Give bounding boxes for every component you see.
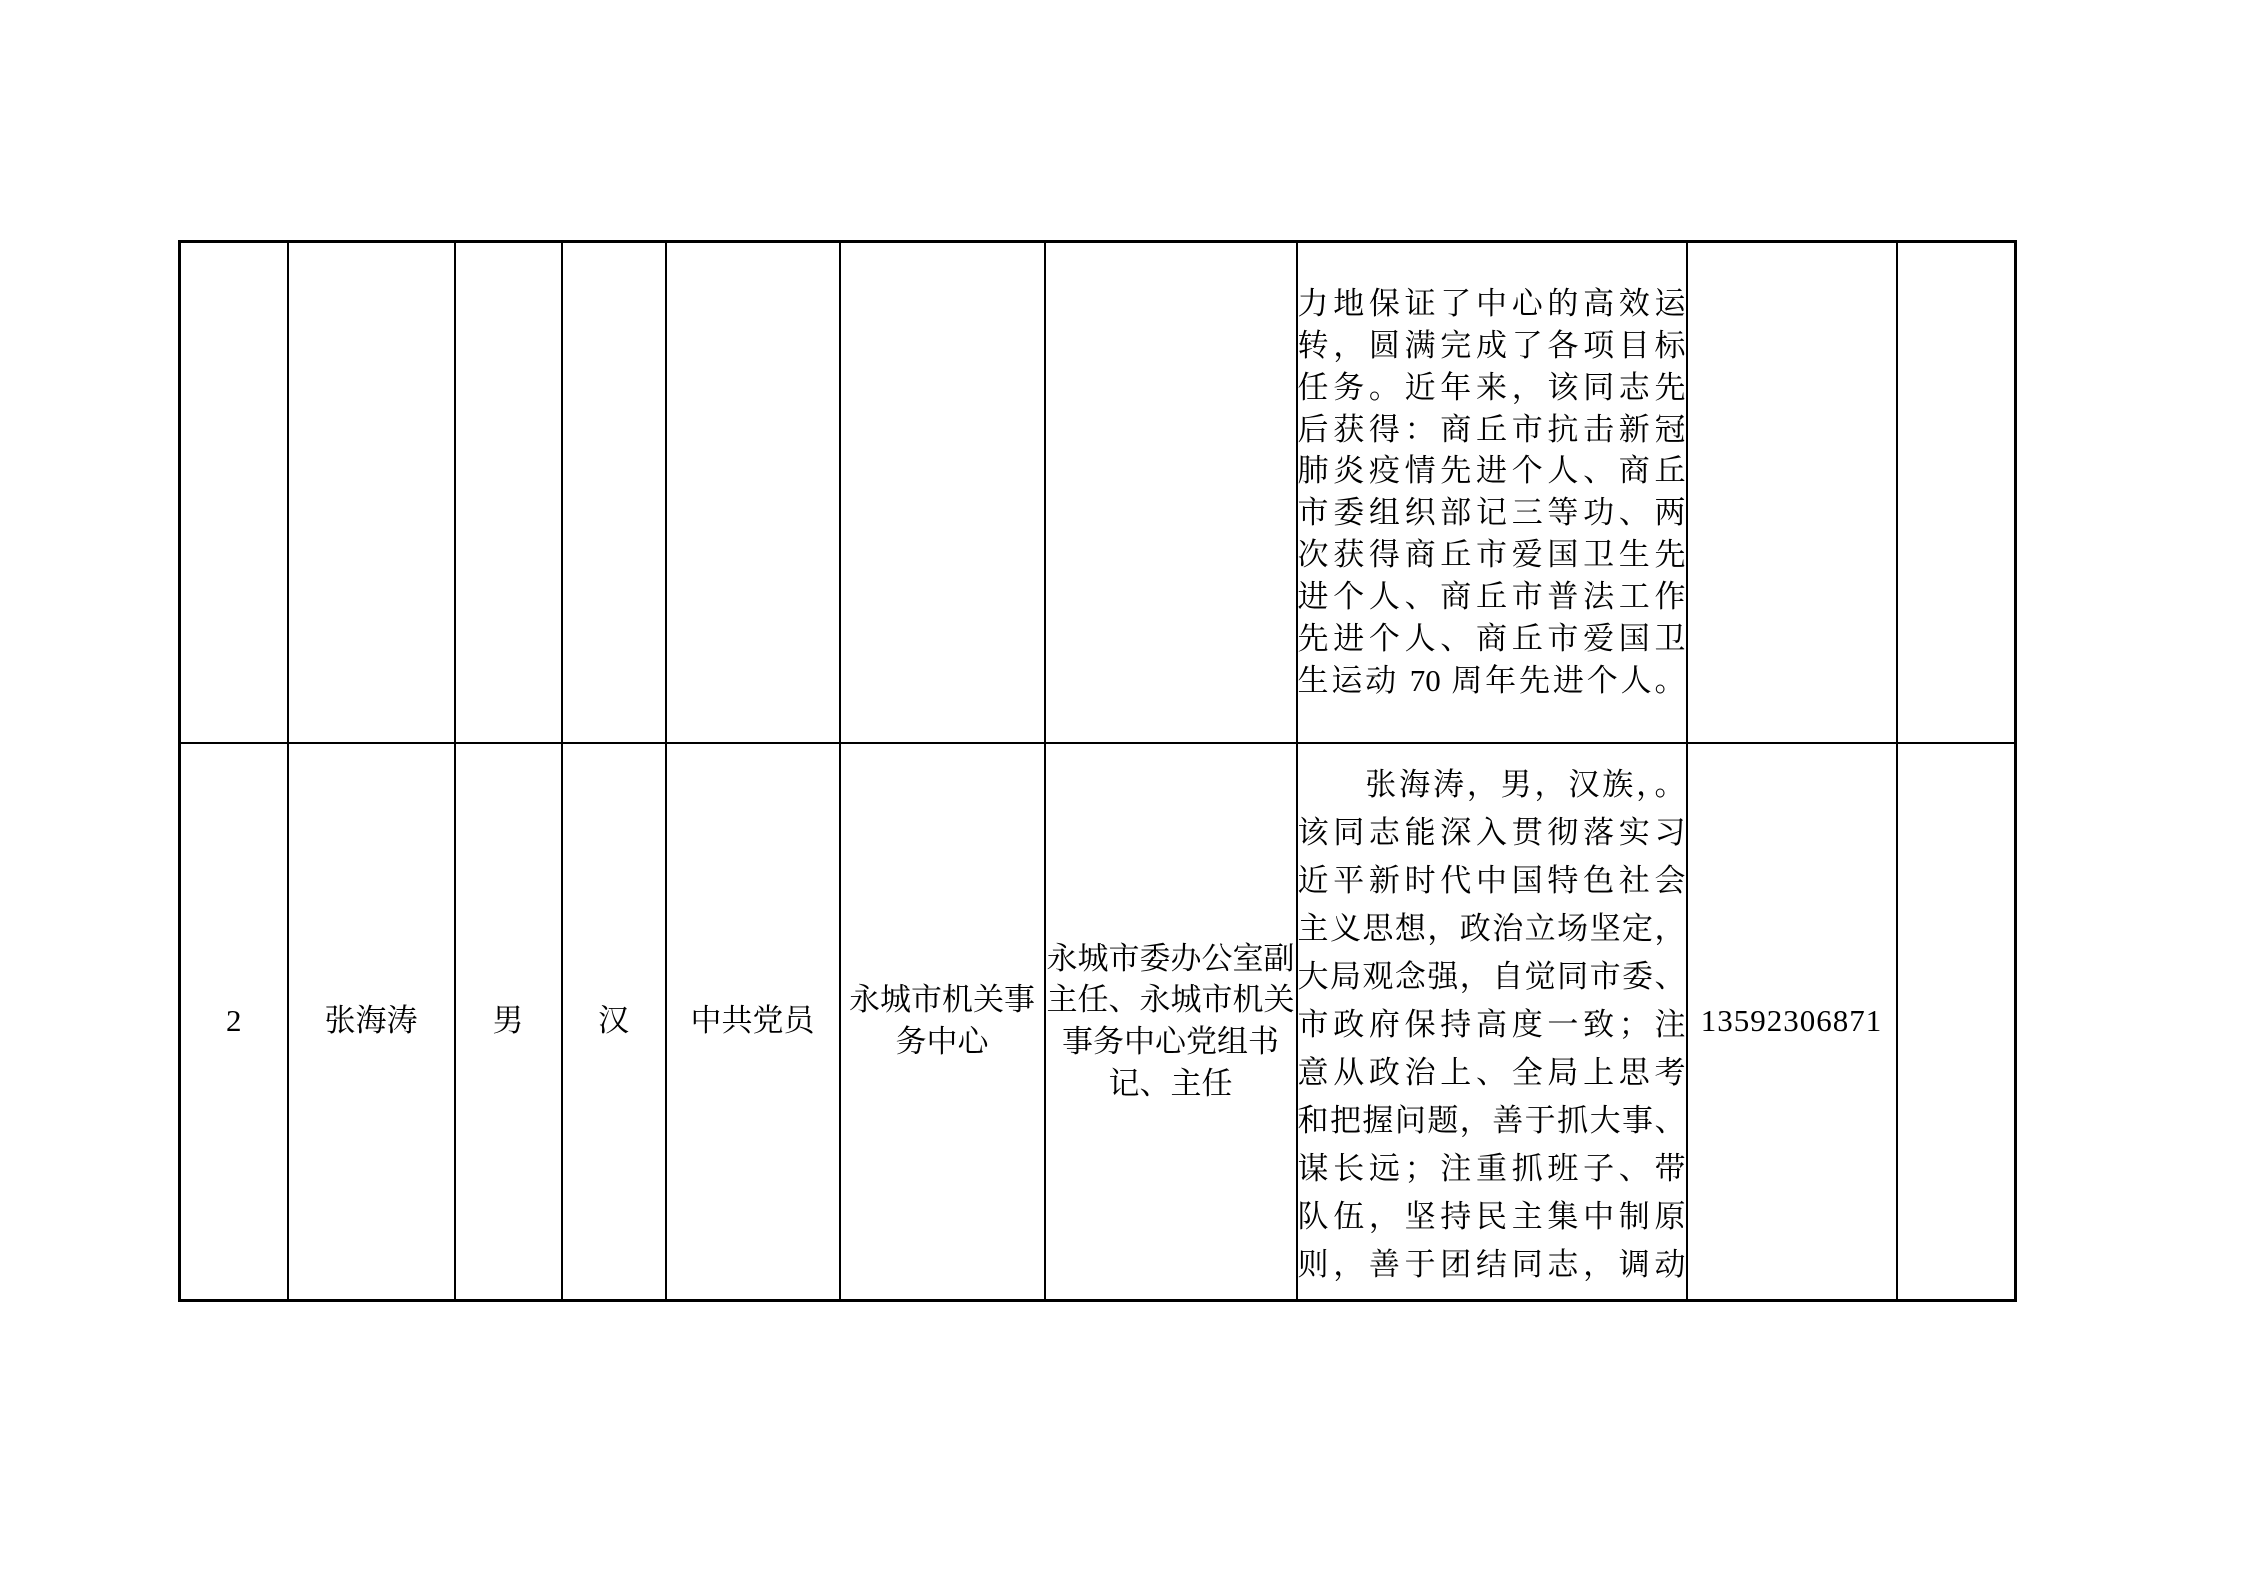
phone-cell bbox=[1687, 242, 1897, 743]
party-cell bbox=[666, 242, 840, 743]
work-unit-cell: 永城市机关事务中心 bbox=[840, 743, 1045, 1301]
party-cell: 中共党员 bbox=[666, 743, 840, 1301]
position-cell: 永城市委办公室副主任、永城市机关事务中心党组书记、主任 bbox=[1045, 743, 1297, 1301]
work-unit-cell bbox=[840, 242, 1045, 743]
remarks-cell bbox=[1897, 242, 2016, 743]
ethnicity-cell: 汉 bbox=[562, 743, 666, 1301]
table-row-person-2: 2 张海涛 男 汉 中共党员 永城市机关事务中心 永城市委办公室副主任、永城市机… bbox=[180, 743, 2016, 1301]
gender-cell bbox=[455, 242, 562, 743]
position-cell bbox=[1045, 242, 1297, 743]
description-cell: 力地保证了中心的高效运 转，圆满完成了各项目标 任务。近年来，该同志先 后获得：… bbox=[1297, 242, 1687, 743]
ethnicity-cell bbox=[562, 242, 666, 743]
name-cell bbox=[288, 242, 455, 743]
description-cell: 张海涛，男，汉族，。 该同志能深入贯彻落实习 近平新时代中国特色社会 主义思想，… bbox=[1297, 743, 1687, 1301]
serial-cell: 2 bbox=[180, 743, 288, 1301]
table-row-continuation: 力地保证了中心的高效运 转，圆满完成了各项目标 任务。近年来，该同志先 后获得：… bbox=[180, 242, 2016, 743]
gender-cell: 男 bbox=[455, 743, 562, 1301]
document-page: 力地保证了中心的高效运 转，圆满完成了各项目标 任务。近年来，该同志先 后获得：… bbox=[0, 0, 2245, 1587]
remarks-cell bbox=[1897, 743, 2016, 1301]
phone-cell: 13592306871 bbox=[1687, 743, 1897, 1301]
name-cell: 张海涛 bbox=[288, 743, 455, 1301]
personnel-roster-table: 力地保证了中心的高效运 转，圆满完成了各项目标 任务。近年来，该同志先 后获得：… bbox=[178, 240, 2017, 1302]
serial-cell bbox=[180, 242, 288, 743]
